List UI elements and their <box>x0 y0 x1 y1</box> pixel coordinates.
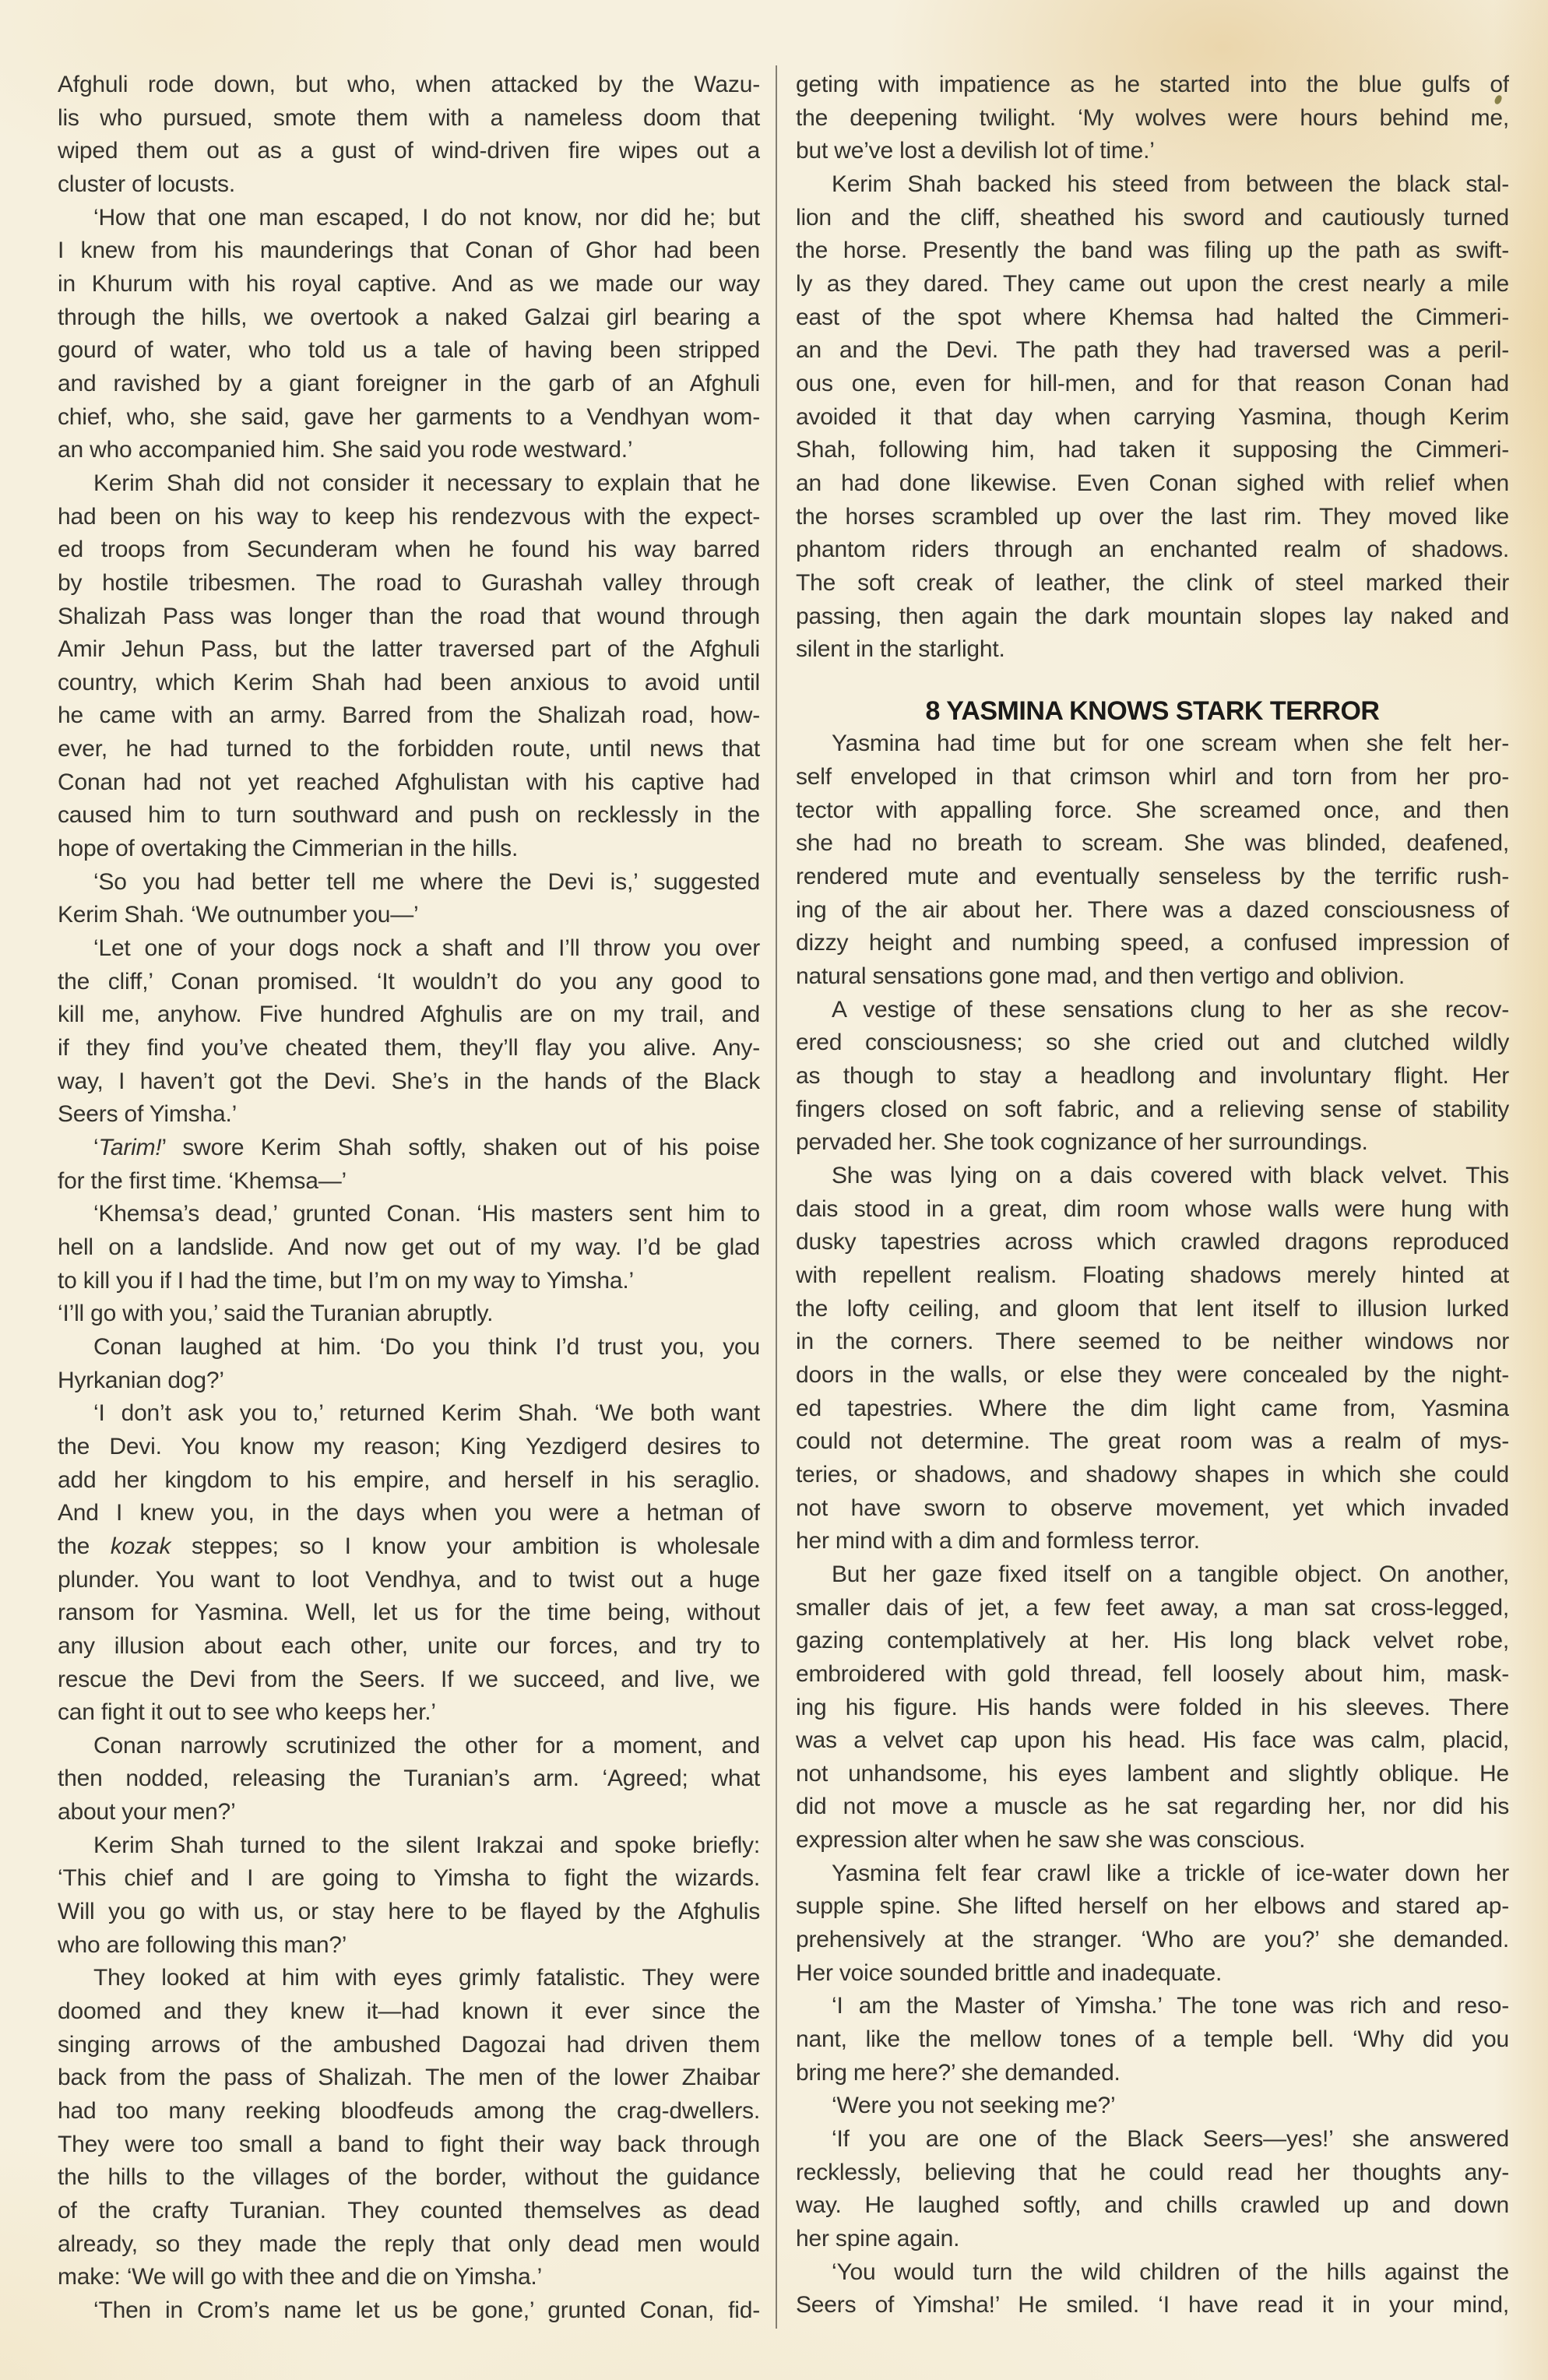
text-line: to kill you if I had the time, but I’m o… <box>58 1265 760 1298</box>
text-line: rescue the Devi from the Seers. If we su… <box>58 1664 760 1697</box>
text-line: dizzy height and numbing speed, a confus… <box>796 927 1509 960</box>
text-line: caused him to turn southward and push on… <box>58 799 760 833</box>
text-line: but we’ve lost a devilish lot of time.’ <box>796 135 1509 168</box>
text-line: of the crafty Turanian. They counted the… <box>58 2195 760 2228</box>
text-line: Kerim Shah backed his steed from between… <box>796 168 1509 202</box>
text-line: prehensively at the stranger. ‘Who are y… <box>796 1924 1509 1957</box>
text-line: east of the spot where Khemsa had halted… <box>796 301 1509 335</box>
text-line: Kerim Shah did not consider it necessary… <box>58 467 760 501</box>
text-line: ‘Tarim!’ swore Kerim Shah softly, shaken… <box>58 1132 760 1165</box>
text-line: geting with impatience as he started int… <box>796 69 1509 102</box>
text-segment: the <box>58 1533 111 1559</box>
text-line: Conan narrowly scrutinized the other for… <box>58 1730 760 1763</box>
text-line: tector with appalling force. She screame… <box>796 794 1509 828</box>
text-line: through the hills, we overtook a naked G… <box>58 301 760 335</box>
left-column: Afghuli rode down, but who, when attacke… <box>58 69 760 2328</box>
text-line: her spine again. <box>796 2223 1509 2256</box>
text-line: ‘If you are one of the Black Seers—yes!’… <box>796 2123 1509 2156</box>
text-line: then nodded, releasing the Turanian’s ar… <box>58 1762 760 1796</box>
text-line: smaller dais of jet, a few feet away, a … <box>796 1592 1509 1625</box>
text-line: Will you go with us, or stay here to be … <box>58 1896 760 1929</box>
text-line: They were too small a band to fight thei… <box>58 2128 760 2162</box>
text-line: hell on a landslide. And now get out of … <box>58 1231 760 1265</box>
text-line: way, I haven’t got the Devi. She’s in th… <box>58 1065 760 1099</box>
text-line: not unhandsome, his eyes lambent and sli… <box>796 1758 1509 1791</box>
text-line: Yasmina had time but for one scream when… <box>796 727 1509 761</box>
text-line: in the corners. There seemed to be neith… <box>796 1326 1509 1359</box>
text-line: dais stood in a great, dim room whose wa… <box>796 1193 1509 1227</box>
text-line: who are following this man?’ <box>58 1929 760 1963</box>
italic-word: Tarim! <box>98 1135 161 1160</box>
right-column: geting with impatience as he started int… <box>796 69 1509 2322</box>
text-line: ‘This chief and I are going to Yimsha to… <box>58 1862 760 1896</box>
text-line: avoided it that day when carrying Yasmin… <box>796 401 1509 435</box>
text-line: ‘Then in Crom’s name let us be gone,’ gr… <box>58 2294 760 2328</box>
text-line: add her kingdom to his empire, and herse… <box>58 1464 760 1498</box>
text-line: doors in the walls, or else they were co… <box>796 1359 1509 1392</box>
text-line: ing of the air about her. There was a da… <box>796 894 1509 928</box>
text-line: the horses scrambled up over the last ri… <box>796 501 1509 534</box>
text-line: Her voice sounded brittle and inadequate… <box>796 1957 1509 1991</box>
text-line: ever, he had turned to the forbidden rou… <box>58 733 760 766</box>
text-line: in Khurum with his royal captive. And as… <box>58 268 760 301</box>
text-line: about your men?’ <box>58 1796 760 1829</box>
text-line: country, which Kerim Shah had been anxio… <box>58 667 760 700</box>
text-line: ous one, even for hill-men, and for that… <box>796 368 1509 401</box>
column-divider-rule <box>776 65 777 2329</box>
text-line: plunder. You want to loot Vendhya, and t… <box>58 1564 760 1597</box>
text-line: Conan had not yet reached Afghulistan wi… <box>58 766 760 800</box>
text-line: ‘I don’t ask you to,’ returned Kerim Sha… <box>58 1397 760 1431</box>
text-line: he came with an army. Barred from the Sh… <box>58 699 760 733</box>
text-line: ‘Khemsa’s dead,’ grunted Conan. ‘His mas… <box>58 1198 760 1231</box>
text-line: the deepening twilight. ‘My wolves were … <box>796 102 1509 136</box>
text-line: ing his figure. His hands were folded in… <box>796 1692 1509 1725</box>
text-line: with repellent realism. Floating shadows… <box>796 1259 1509 1293</box>
text-line: the horse. Presently the band was filing… <box>796 234 1509 268</box>
text-line: I knew from his maunderings that Conan o… <box>58 234 760 268</box>
text-segment: ’ swore Kerim Shah softly, shaken out of… <box>162 1135 760 1160</box>
text-line: Conan laughed at him. ‘Do you think I’d … <box>58 1331 760 1364</box>
text-line: self enveloped in that crimson whirl and… <box>796 761 1509 794</box>
text-line: teries, or shadows, and shadowy shapes i… <box>796 1459 1509 1492</box>
text-line: Kerim Shah. ‘We outnumber you—’ <box>58 899 760 932</box>
text-line: had been on his way to keep his rendezvo… <box>58 501 760 534</box>
text-line: singing arrows of the ambushed Dagozai h… <box>58 2029 760 2062</box>
text-line: Hyrkanian dog?’ <box>58 1364 760 1398</box>
text-line: They looked at him with eyes grimly fata… <box>58 1962 760 1995</box>
text-line: wiped them out as a gust of wind-driven … <box>58 135 760 168</box>
text-line: ‘Were you not seeking me?’ <box>796 2090 1509 2123</box>
text-line: ‘So you had better tell me where the Dev… <box>58 866 760 900</box>
text-line: natural sensations gone mad, and then ve… <box>796 960 1509 994</box>
text-line: by hostile tribesmen. The road to Gurash… <box>58 567 760 600</box>
text-line: can fight it out to see who keeps her.’ <box>58 1696 760 1730</box>
text-line: as though to stay a headlong and involun… <box>796 1060 1509 1093</box>
text-line: nant, like the mellow tones of a temple … <box>796 2023 1509 2057</box>
text-line: embroidered with gold thread, fell loose… <box>796 1658 1509 1692</box>
text-line: passing, then again the dark mountain sl… <box>796 600 1509 634</box>
text-line: gourd of water, who told us a tale of ha… <box>58 334 760 368</box>
text-line: any illusion about each other, unite our… <box>58 1630 760 1664</box>
text-line: for the first time. ‘Khemsa—’ <box>58 1165 760 1199</box>
text-line: was a velvet cap upon his head. His face… <box>796 1724 1509 1758</box>
text-line: ‘Let one of your dogs nock a shaft and I… <box>58 932 760 966</box>
text-line: lion and the cliff, sheathed his sword a… <box>796 202 1509 235</box>
text-line: her mind with a dim and formless terror. <box>796 1525 1509 1558</box>
text-line: ‘I’ll go with you,’ said the Turanian ab… <box>58 1297 760 1331</box>
text-line: and ravished by a giant foreigner in the… <box>58 368 760 401</box>
text-line: the lofty ceiling, and gloom that lent i… <box>796 1293 1509 1326</box>
text-line: ‘How that one man escaped, I do not know… <box>58 202 760 235</box>
italic-word: kozak <box>111 1533 171 1559</box>
text-line: Seers of Yimsha!’ He smiled. ‘I have rea… <box>796 2289 1509 2322</box>
text-line: ransom for Yasmina. Well, let us for the… <box>58 1597 760 1630</box>
text-line: supple spine. She lifted herself on her … <box>796 1890 1509 1924</box>
text-line: rendered mute and eventually senseless b… <box>796 861 1509 894</box>
text-line: lis who pursued, smote them with a namel… <box>58 102 760 136</box>
text-line: if they find you’ve cheated them, they’l… <box>58 1032 760 1065</box>
text-line: Shah, following him, had taken it suppos… <box>796 434 1509 467</box>
text-line: already, so they made the reply that onl… <box>58 2228 760 2262</box>
text-line: had too many reeking bloodfeuds among th… <box>58 2095 760 2128</box>
text-line: Afghuli rode down, but who, when attacke… <box>58 69 760 102</box>
text-line: back from the pass of Shalizah. The men … <box>58 2061 760 2095</box>
text-line: ed tapestries. Where the dim light came … <box>796 1392 1509 1426</box>
text-line: ly as they dared. They came out upon the… <box>796 268 1509 301</box>
text-line: The soft creak of leather, the clink of … <box>796 567 1509 600</box>
text-line: way. He laughed softly, and chills crawl… <box>796 2189 1509 2223</box>
text-line: dusky tapestries across which crawled dr… <box>796 1226 1509 1259</box>
text-line: hope of overtaking the Cimmerian in the … <box>58 833 760 866</box>
text-line: Kerim Shah turned to the silent Irakzai … <box>58 1829 760 1863</box>
text-line: ed troops from Secunderam when he found … <box>58 533 760 567</box>
chapter-heading: 8 YASMINA KNOWS STARK TERROR <box>796 695 1509 728</box>
text-line: ered consciousness; so she cried out and… <box>796 1026 1509 1060</box>
text-line: bring me here?’ she demanded. <box>796 2057 1509 2090</box>
text-line: the kozak steppes; so I know your ambiti… <box>58 1530 760 1564</box>
text-line: an and the Devi. The path they had trave… <box>796 334 1509 368</box>
text-line: could not determine. The great room was … <box>796 1425 1509 1459</box>
text-line: did not move a muscle as he sat regardin… <box>796 1790 1509 1824</box>
text-line: the hills to the villages of the border,… <box>58 2161 760 2195</box>
text-line: phantom riders through an enchanted real… <box>796 533 1509 567</box>
text-line: she had no breath to scream. She was bli… <box>796 827 1509 861</box>
text-line: pervaded her. She took cognizance of her… <box>796 1126 1509 1160</box>
text-line: kill me, anyhow. Five hundred Afghulis a… <box>58 998 760 1032</box>
text-line: And I knew you, in the days when you wer… <box>58 1497 760 1530</box>
text-line: cluster of locusts. <box>58 168 760 202</box>
text-line: recklessly, believing that he could read… <box>796 2156 1509 2190</box>
text-line: ‘I am the Master of Yimsha.’ The tone wa… <box>796 1990 1509 2023</box>
text-line: make: ‘We will go with thee and die on Y… <box>58 2261 760 2294</box>
text-line: fingers closed on soft fabric, and a rel… <box>796 1093 1509 1127</box>
text-line: Amir Jehun Pass, but the latter traverse… <box>58 633 760 667</box>
text-line: A vestige of these sensations clung to h… <box>796 994 1509 1027</box>
text-line: She was lying on a dais covered with bla… <box>796 1160 1509 1193</box>
text-line: the cliff,’ Conan promised. ‘It wouldn’t… <box>58 966 760 999</box>
text-line: gazing contemplatively at her. His long … <box>796 1625 1509 1658</box>
text-line: an who accompanied him. She said you rod… <box>58 434 760 467</box>
text-line: But her gaze fixed itself on a tangible … <box>796 1558 1509 1592</box>
text-line: expression alter when he saw she was con… <box>796 1824 1509 1857</box>
text-line: the Devi. You know my reason; King Yezdi… <box>58 1431 760 1464</box>
text-line: chief, who, she said, gave her garments … <box>58 401 760 435</box>
text-line: silent in the starlight. <box>796 633 1509 667</box>
text-line: ‘You would turn the wild children of the… <box>796 2256 1509 2290</box>
text-line: Yasmina felt fear crawl like a trickle o… <box>796 1857 1509 1891</box>
text-line: Shalizah Pass was longer than the road t… <box>58 600 760 634</box>
text-line: doomed and they knew it—had known it eve… <box>58 1995 760 2029</box>
text-line: not have sworn to observe movement, yet … <box>796 1492 1509 1526</box>
text-line: an had done likewise. Even Conan sighed … <box>796 467 1509 501</box>
text-segment: steppes; so I know your ambition is whol… <box>171 1533 760 1559</box>
text-line: Seers of Yimsha.’ <box>58 1098 760 1132</box>
